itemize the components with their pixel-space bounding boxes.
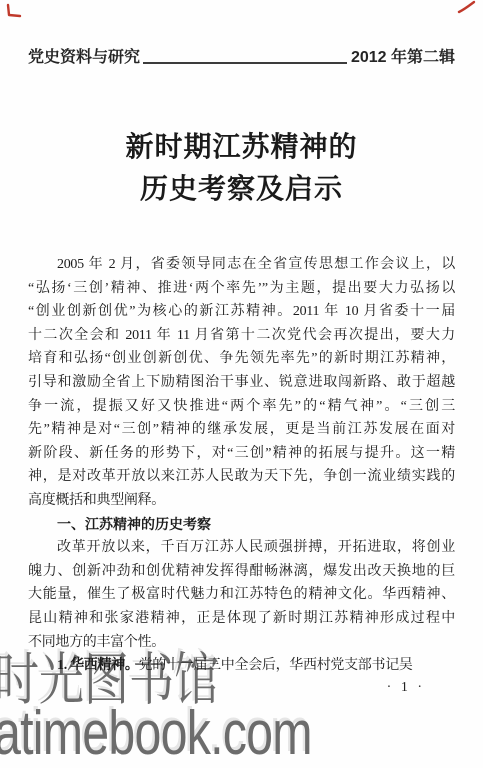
body-line: 引导和激励全省上下励精图治干事业、锐意进取闯新路、敢于超越 [28, 371, 455, 395]
scanned-page: 党史资料与研究 2012 年第二辑 新时期江苏精神的 历史考察及启示 2005 … [0, 0, 483, 768]
body-line: “弘扬‘三创’精神、推进‘两个率先’”为主题，提出要大力弘扬以 [28, 277, 455, 301]
body-text: 2005 年 2 月，省委领导同志在全省宣传思想工作会议上，以“弘扬‘三创’精神… [28, 253, 455, 678]
body-line: 十二次全会和 2011 年 11 月省第十二次党代会再次提出，要大力 [28, 324, 455, 348]
running-head: 党史资料与研究 2012 年第二辑 [28, 48, 455, 67]
body-line: 2005 年 2 月，省委领导同志在全省宣传思想工作会议上，以 [28, 253, 455, 277]
red-pen-mark-top-right-icon [457, 0, 477, 15]
body-line: 改革开放以来，千百万江苏人民顽强拼搏，开拓进取，将创业 [28, 536, 455, 560]
red-pen-mark-top-left-icon [4, 3, 22, 20]
body-line: 魄力、创新冲劲和创优精神发挥得酣畅淋漓，爆发出改天换地的巨 [28, 560, 455, 584]
body-line: 大能量，催生了极富时代魅力和江苏特色的精神文化。华西精神、 [28, 583, 455, 607]
body-line: 争一流，提振又好又快推进“两个率先”的“精气神”。“三创三 [28, 395, 455, 419]
watermark-domain-text: atimebook.com [0, 703, 312, 765]
body-line: 一、江苏精神的历史考察 [28, 513, 455, 537]
journal-title: 党史资料与研究 [28, 48, 140, 67]
issue-label: 2012 年第二辑 [351, 48, 455, 67]
body-line: 先”精神是对“三创”精神的继承发展，更是当前江苏发展在面对 [28, 418, 455, 442]
body-line: 新阶段、新任务的形势下，对“三创”精神的拓展与提升。这一精 [28, 442, 455, 466]
body-line: 不同地方的丰富个性。 [28, 631, 455, 655]
body-line: “创业创新创优”为核心的新江苏精神。2011 年 10 月省委十一届 [28, 300, 455, 324]
subsection-label: 1. 华西精神。 [57, 658, 139, 673]
article-title: 新时期江苏精神的 历史考察及启示 [0, 127, 483, 211]
body-line: 高度概括和典型阐释。 [28, 489, 455, 513]
body-line: 培育和弘扬“创业创新创优、争先领先率先”的新时期江苏精神， [28, 347, 455, 371]
article-title-line1: 新时期江苏精神的 [0, 127, 483, 169]
article-title-line2: 历史考察及启示 [0, 169, 483, 211]
body-line: 昆山精神和张家港精神，正是体现了新时期江苏精神形成过程中 [28, 607, 455, 631]
page-number: · 1 · [28, 680, 425, 696]
body-line: 1. 华西精神。党的十一届三中全会后，华西村党支部书记吴 [28, 654, 455, 678]
body-line: 神，是对改革开放以来江苏人民敢为天下先，争创一流业绩实践的 [28, 465, 455, 489]
header-rule [143, 62, 347, 64]
